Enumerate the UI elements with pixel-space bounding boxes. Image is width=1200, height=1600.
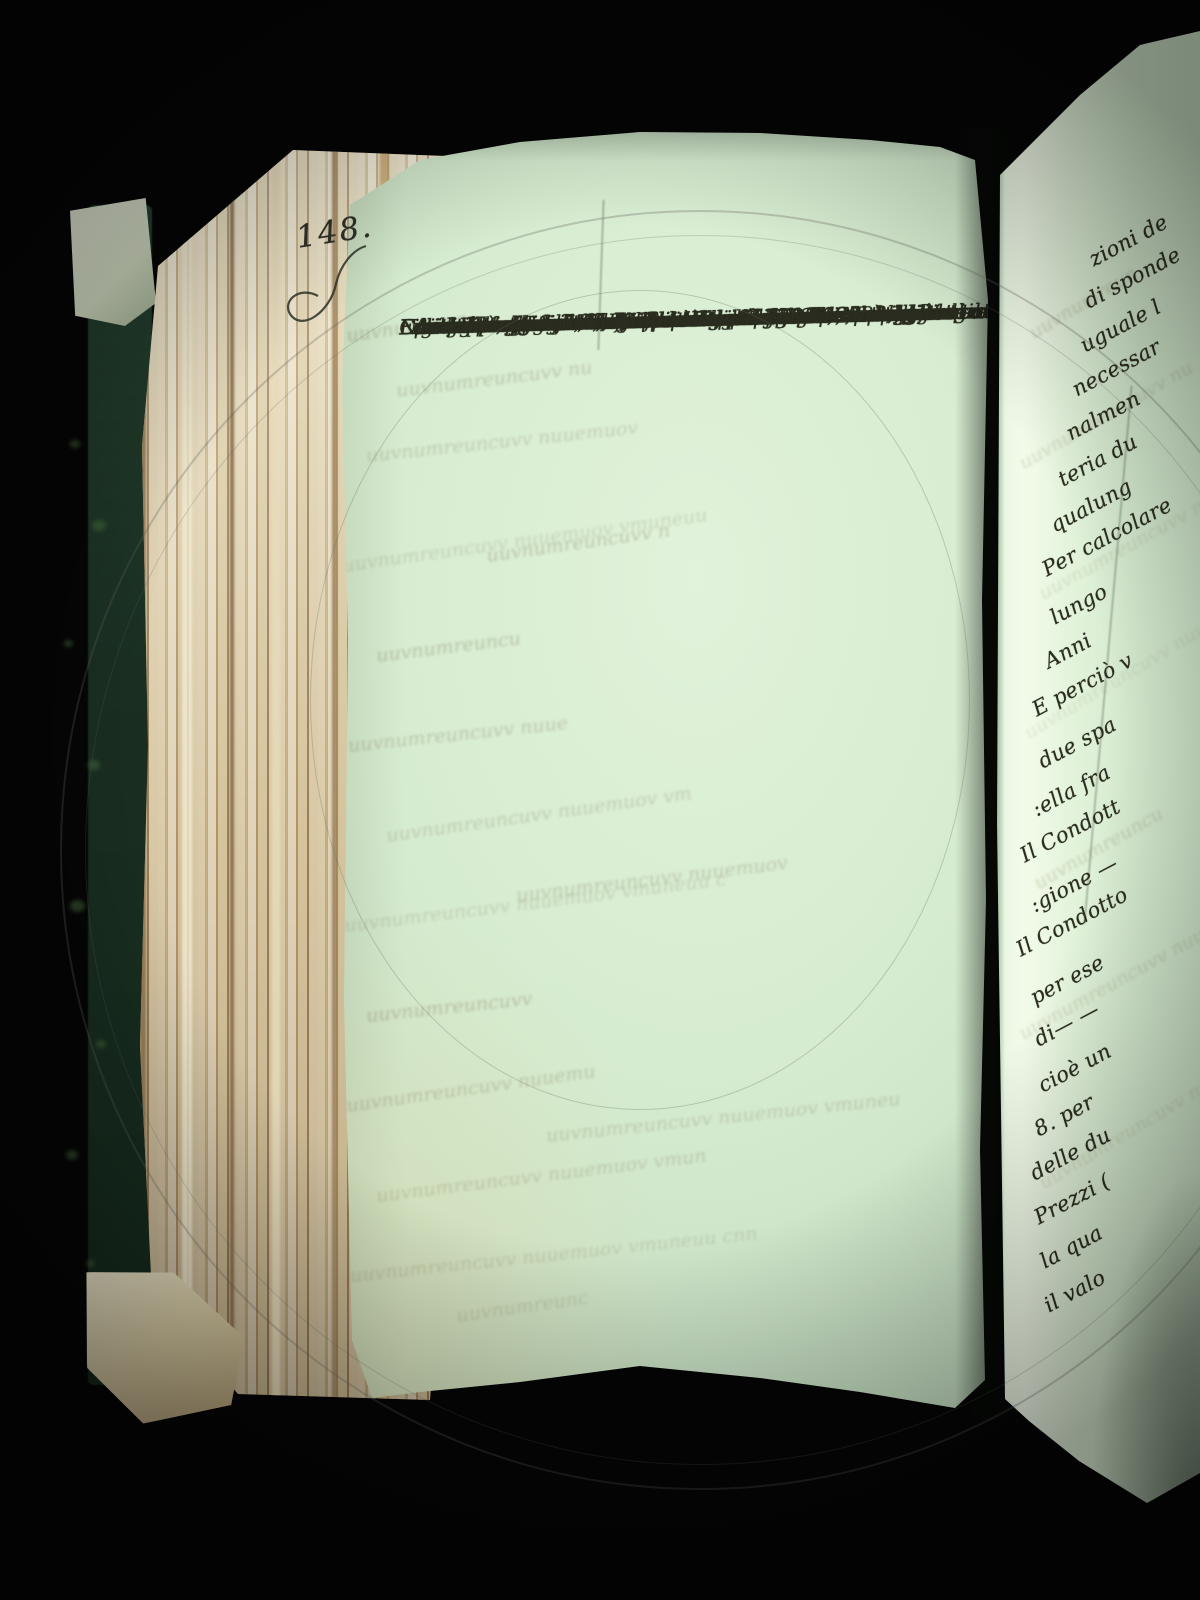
- bleedthrough-texture: uuvnumreuncuvv: [365, 988, 533, 1027]
- debris-fleck: [70, 900, 85, 912]
- bleedthrough-texture: uuvnumreuncuvv nu: [395, 356, 594, 402]
- bleedthrough-texture: uuvnumreunc: [455, 1286, 590, 1326]
- bleedthrough-texture: uuvnumreuncuvv nuuemuov: [515, 852, 789, 907]
- debris-fleck: [70, 440, 80, 448]
- bleedthrough-texture: uuvnumreuncu: [375, 627, 522, 667]
- right-page-text: zioni dedi spondeuguale lnecessarnalment…: [995, 25, 1200, 1535]
- page-number-flourish: [282, 238, 374, 334]
- manuscript-fragment-line: il valo: [1040, 1265, 1110, 1317]
- bleedthrough-texture: uuvnumreuncuvv nuuemu: [345, 1060, 597, 1117]
- manuscript-fragment-line: Anni: [1040, 628, 1096, 673]
- bleedthrough-texture: uuvnumreuncuvv nuuemuov vmuneuu cnn: [349, 1222, 758, 1287]
- left-page: uuvnumreunuuvnumreuncuvv nuuuvnumreuncuv…: [335, 125, 990, 1420]
- bleedthrough-texture: uuvnumreuncuvv nuuemuov: [365, 416, 639, 466]
- page-edge-streak: [332, 150, 337, 1405]
- bleedthrough-texture: uuvnumreuncuvv nuuemuov vmuneu: [545, 1088, 901, 1147]
- right-page: uuvnumreunuuvnumreuncuvv nuuuvnumreuncuv…: [995, 25, 1200, 1535]
- bleedthrough-texture: uuvnumreuncuvv nuue: [347, 712, 569, 757]
- debris-fleck: [66, 1150, 78, 1160]
- bleedthrough-texture: uuvnumreuncuvv nuuemuov vmuneuu c: [343, 868, 728, 937]
- page-edge-streak: [230, 150, 234, 1405]
- bleedthrough-texture: uuvnumreuncuvv nuuemuov vmun: [375, 1144, 708, 1206]
- page-edge-streak: [182, 150, 192, 1405]
- page-edge-streak: [272, 150, 280, 1405]
- book-cover-corner: [70, 198, 156, 326]
- bleedthrough-texture: uuvnumreuncuvv nuuemuov vmuneuu: [341, 504, 709, 577]
- manuscript-fragment-line: per ese: [1026, 950, 1108, 1009]
- bleedthrough-texture: uuvnumreuncuvv nuuemuov vm: [385, 782, 693, 847]
- manuscript-photo: uuvnumreunuuvnumreuncuvv nuuuvnumreuncuv…: [0, 0, 1200, 1600]
- bleedthrough-texture: uuvnumreuncuvv n: [485, 519, 671, 567]
- manuscript-fragment-line: due spa: [1034, 712, 1120, 773]
- manuscript-fragment-line: lungo: [1046, 579, 1111, 629]
- book-cover-edge: [88, 205, 152, 1385]
- debris-fleck: [64, 640, 73, 647]
